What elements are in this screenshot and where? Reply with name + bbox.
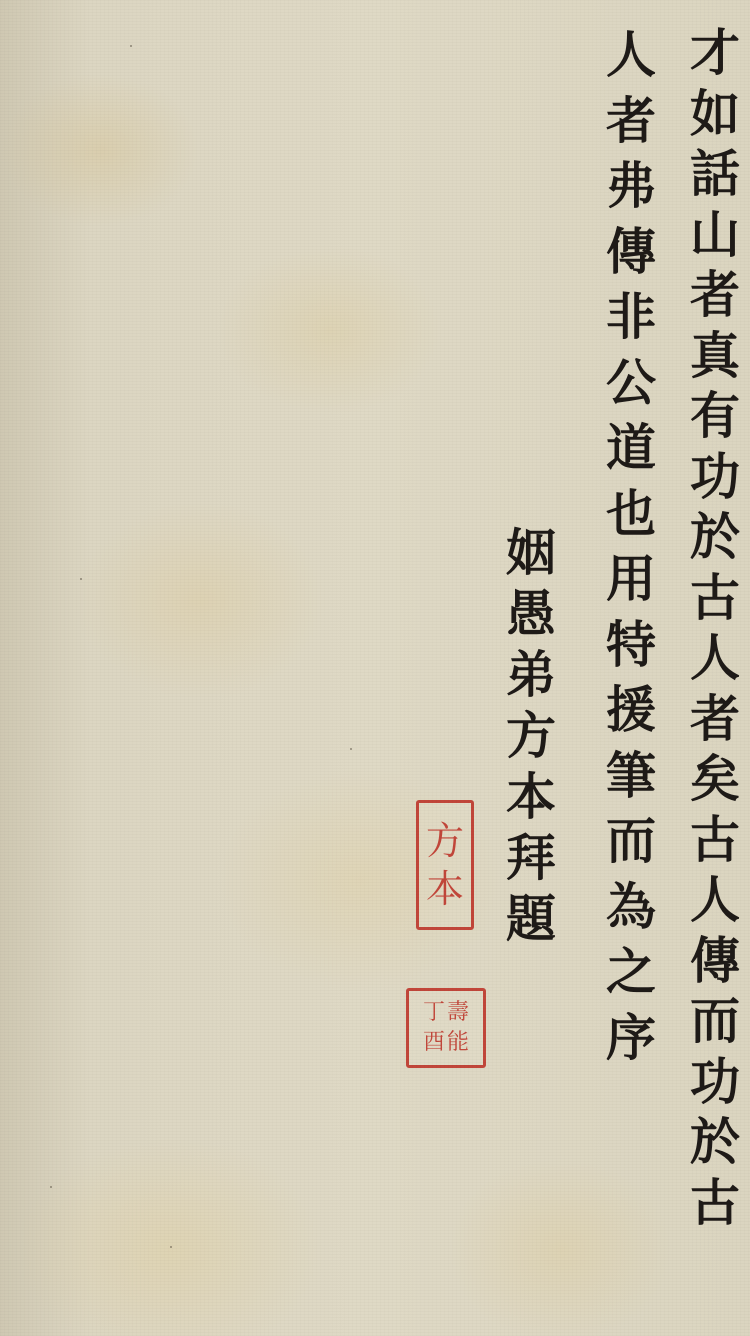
paper-speck [80, 578, 82, 580]
character: 於 [690, 1117, 740, 1178]
character: 弗 [606, 161, 656, 227]
character: 道 [606, 423, 656, 489]
seal-character: 丁 [423, 998, 445, 1028]
character: 弟 [506, 650, 556, 711]
character: 者 [606, 96, 656, 162]
character: 功 [690, 1057, 740, 1118]
character: 也 [606, 489, 656, 555]
paper-speck [50, 1186, 52, 1188]
character: 話 [690, 149, 740, 210]
paper-speck [170, 1246, 172, 1248]
character: 矣 [690, 754, 740, 815]
character: 之 [606, 947, 656, 1013]
character: 人 [690, 633, 740, 694]
red-seal-square: 壽 能 丁 酉 [406, 988, 486, 1068]
seal-character: 能 [447, 1028, 469, 1058]
character: 特 [606, 620, 656, 686]
character: 方 [506, 711, 556, 772]
paper-speck [350, 748, 352, 750]
character: 如 [690, 89, 740, 150]
character: 公 [606, 358, 656, 424]
character: 拜 [506, 833, 556, 894]
seal-character: 壽 [447, 998, 469, 1028]
signature-column: 姻 愚 弟 方 本 拜 題 [495, 528, 567, 955]
character: 愚 [506, 589, 556, 650]
character: 人 [690, 875, 740, 936]
seal-column-left: 丁 酉 [423, 998, 445, 1058]
character: 古 [690, 1178, 740, 1239]
character: 援 [606, 685, 656, 751]
manuscript-page: 才 如 話 山 者 真 有 功 於 古 人 者 矣 古 人 傳 而 功 於 古 … [0, 0, 750, 1336]
character: 古 [690, 815, 740, 876]
seal-character: 方 [426, 817, 464, 865]
character: 才 [690, 28, 740, 89]
character: 古 [690, 573, 740, 634]
character: 用 [606, 554, 656, 620]
character: 有 [690, 391, 740, 452]
character: 人 [606, 30, 656, 96]
character: 傳 [690, 936, 740, 997]
paper-speck [130, 45, 132, 47]
character: 山 [690, 210, 740, 271]
character: 真 [690, 331, 740, 392]
character: 姻 [506, 528, 556, 589]
character: 序 [606, 1013, 656, 1079]
character: 筆 [606, 751, 656, 817]
seal-character: 本 [426, 865, 464, 913]
character: 而 [606, 816, 656, 882]
text-column-1: 才 如 話 山 者 真 有 功 於 古 人 者 矣 古 人 傳 而 功 於 古 [680, 28, 750, 1238]
character: 非 [606, 292, 656, 358]
character: 而 [690, 996, 740, 1057]
seal-column-right: 壽 能 [447, 998, 469, 1058]
character: 題 [506, 894, 556, 955]
character: 功 [690, 452, 740, 513]
character: 於 [690, 512, 740, 573]
text-column-2: 人 者 弗 傳 非 公 道 也 用 特 援 筆 而 為 之 序 [595, 30, 667, 1078]
character: 本 [506, 772, 556, 833]
character: 者 [690, 270, 740, 331]
character: 者 [690, 694, 740, 755]
seal-character: 酉 [423, 1028, 445, 1058]
character: 為 [606, 882, 656, 948]
red-seal-rectangular: 方 本 [416, 800, 474, 930]
character: 傳 [606, 227, 656, 293]
